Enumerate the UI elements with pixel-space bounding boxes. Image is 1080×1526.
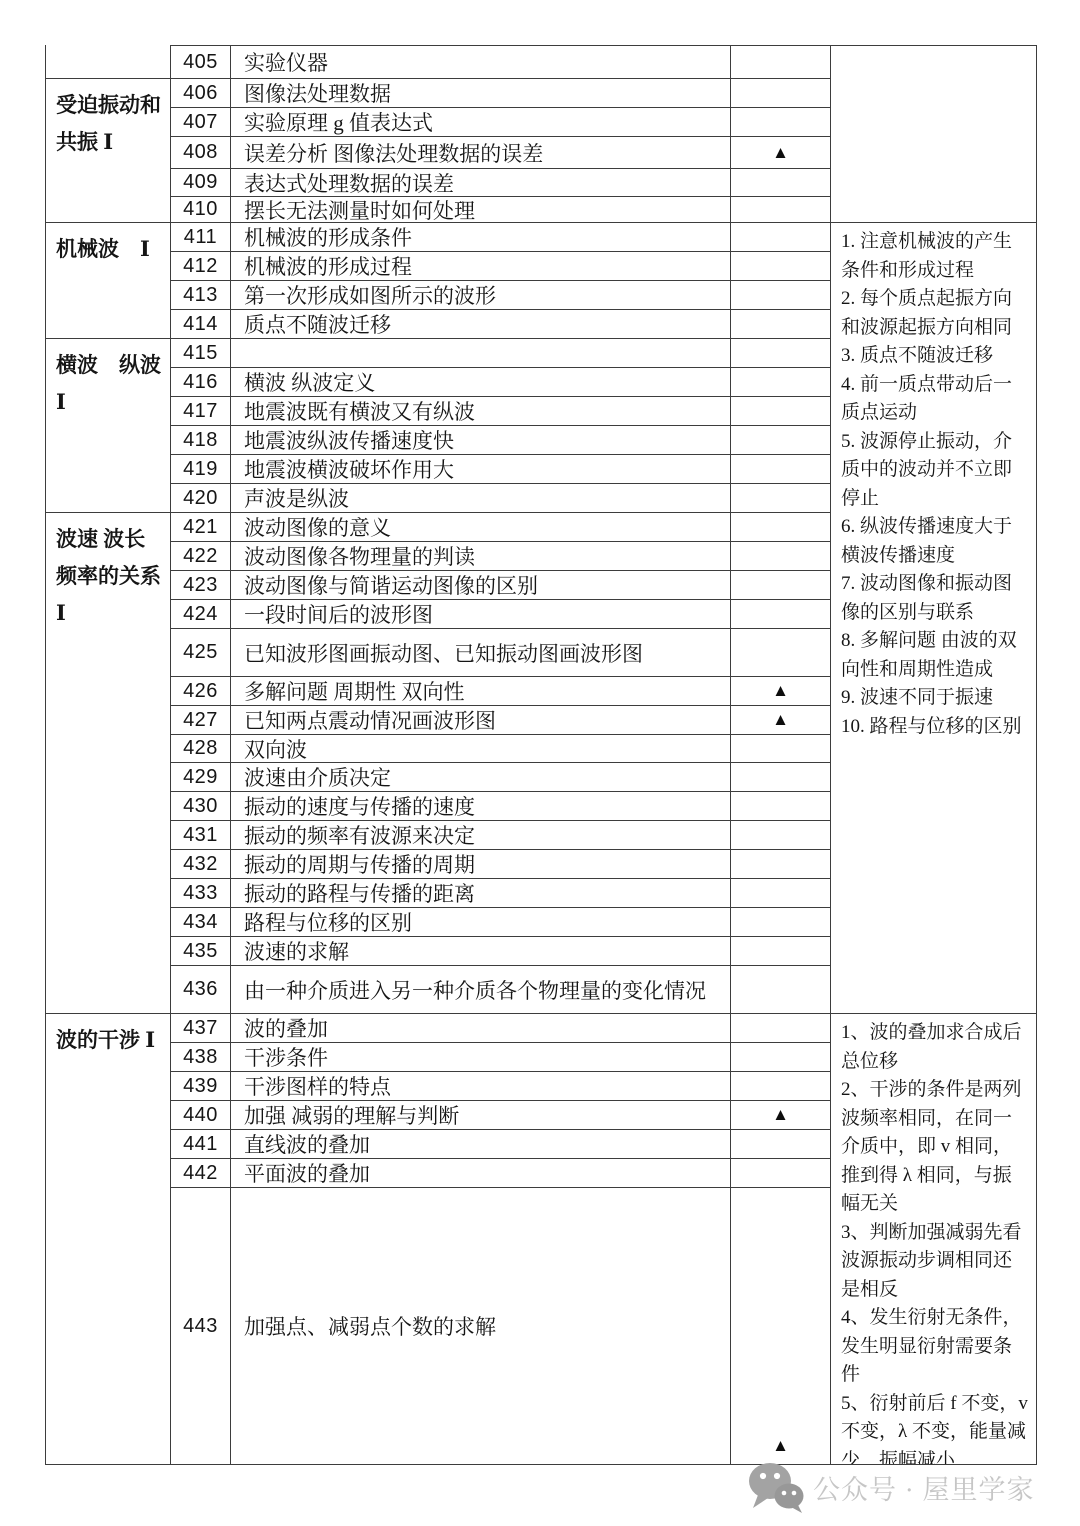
row-number: 419 bbox=[171, 454, 231, 483]
topic-text: 波动图像各物理量的判读 bbox=[231, 541, 731, 570]
flag-cell bbox=[731, 878, 831, 907]
category-cell: 横波 纵波Ⅰ bbox=[46, 338, 171, 512]
topic-text: 干涉条件 bbox=[231, 1042, 731, 1071]
category-label-line: Ⅰ bbox=[56, 595, 166, 632]
note-item: 5、衍射前后 f 不变，v 不变，λ 不变，能量减少，振幅减小 bbox=[841, 1390, 1030, 1465]
topic-text: 波动图像与简谐运动图像的区别 bbox=[231, 570, 731, 599]
row-number: 406 bbox=[171, 78, 231, 107]
flag-cell bbox=[731, 45, 831, 78]
topic-text: 波动图像的意义 bbox=[231, 512, 731, 541]
flag-cell bbox=[731, 309, 831, 338]
topic-text: 路程与位移的区别 bbox=[231, 907, 731, 936]
flag-cell bbox=[731, 1129, 831, 1158]
category-label-line: Ⅰ bbox=[56, 384, 166, 421]
topic-text: 波的叠加 bbox=[231, 1013, 731, 1042]
category-label-line: 波的干涉 Ⅰ bbox=[56, 1022, 166, 1059]
row-number: 408 bbox=[171, 136, 231, 168]
triangle-marker: ▲ bbox=[731, 705, 831, 734]
category-label-line: 波速 波长 bbox=[56, 521, 166, 558]
row-number: 423 bbox=[171, 570, 231, 599]
topic-text: 多解问题 周期性 双向性 bbox=[231, 676, 731, 705]
watermark: 公众号 · 屋里学家 bbox=[748, 1461, 1035, 1513]
notes-cell bbox=[831, 45, 1037, 222]
flag-cell bbox=[731, 338, 831, 367]
row-number: 428 bbox=[171, 734, 231, 762]
row-number: 407 bbox=[171, 107, 231, 136]
row-number: 430 bbox=[171, 791, 231, 820]
topic-text: 地震波既有横波又有纵波 bbox=[231, 396, 731, 425]
note-item: 10. 路程与位移的区别 bbox=[841, 713, 1030, 742]
flag-cell bbox=[731, 936, 831, 965]
row-number: 436 bbox=[171, 965, 231, 1013]
flag-cell bbox=[731, 512, 831, 541]
flag-cell bbox=[731, 107, 831, 136]
topic-text: 振动的周期与传播的周期 bbox=[231, 849, 731, 878]
flag-cell bbox=[731, 820, 831, 849]
flag-cell bbox=[731, 454, 831, 483]
topic-text: 图像法处理数据 bbox=[231, 78, 731, 107]
flag-cell bbox=[731, 280, 831, 309]
topic-text: 振动的频率有波源来决定 bbox=[231, 820, 731, 849]
flag-cell bbox=[731, 628, 831, 676]
category-cell: 受迫振动和共振 Ⅰ bbox=[46, 78, 171, 222]
flag-cell bbox=[731, 541, 831, 570]
row-number: 432 bbox=[171, 849, 231, 878]
topic-text: 加强 减弱的理解与判断 bbox=[231, 1100, 731, 1129]
topic-text: 振动的速度与传播的速度 bbox=[231, 791, 731, 820]
flag-cell bbox=[731, 1013, 831, 1042]
note-item: 1、波的叠加求合成后总位移 bbox=[841, 1019, 1030, 1076]
topic-text: 表达式处理数据的误差 bbox=[231, 168, 731, 196]
flag-cell bbox=[731, 483, 831, 512]
topic-text: 干涉图样的特点 bbox=[231, 1071, 731, 1100]
flag-cell bbox=[731, 222, 831, 251]
topic-text: 实验仪器 bbox=[231, 45, 731, 78]
topic-text: 由一种介质进入另一种介质各个物理量的变化情况 bbox=[231, 965, 731, 1013]
topic-text: 平面波的叠加 bbox=[231, 1158, 731, 1187]
topic-text: 一段时间后的波形图 bbox=[231, 599, 731, 628]
note-item: 4. 前一质点带动后一质点运动 bbox=[841, 371, 1030, 428]
note-item: 6. 纵波传播速度大于横波传播速度 bbox=[841, 513, 1030, 570]
notes-cell: 1. 注意机械波的产生条件和形成过程2. 每个质点起振方向和波源起振方向相同3.… bbox=[831, 222, 1037, 1013]
notes-cell: 1、波的叠加求合成后总位移2、干涉的条件是两列波频率相同，在同一介质中，即 v … bbox=[831, 1013, 1037, 1464]
category-cell: 机械波 Ⅰ bbox=[46, 222, 171, 338]
flag-cell bbox=[731, 734, 831, 762]
row-number: 438 bbox=[171, 1042, 231, 1071]
topic-text: 机械波的形成过程 bbox=[231, 251, 731, 280]
flag-cell bbox=[731, 1042, 831, 1071]
flag-cell bbox=[731, 1071, 831, 1100]
row-number: 418 bbox=[171, 425, 231, 454]
row-number: 429 bbox=[171, 762, 231, 791]
flag-cell bbox=[731, 849, 831, 878]
topic-text: 已知波形图画振动图、已知振动图画波形图 bbox=[231, 628, 731, 676]
topic-text bbox=[231, 338, 731, 367]
row-number: 409 bbox=[171, 168, 231, 196]
topic-text: 波速由介质决定 bbox=[231, 762, 731, 791]
triangle-marker: ▲ bbox=[731, 1100, 831, 1129]
note-item: 7. 波动图像和振动图像的区别与联系 bbox=[841, 570, 1030, 627]
topic-text: 误差分析 图像法处理数据的误差 bbox=[231, 136, 731, 168]
row-number: 427 bbox=[171, 705, 231, 734]
category-label-line: 共振 Ⅰ bbox=[56, 124, 166, 161]
flag-cell bbox=[731, 425, 831, 454]
topic-text: 机械波的形成条件 bbox=[231, 222, 731, 251]
topic-text: 横波 纵波定义 bbox=[231, 367, 731, 396]
flag-cell bbox=[731, 907, 831, 936]
note-item: 8. 多解问题 由波的双向性和周期性造成 bbox=[841, 627, 1030, 684]
note-item: 9. 波速不同于振速 bbox=[841, 684, 1030, 713]
row-number: 405 bbox=[171, 45, 231, 78]
row-number: 414 bbox=[171, 309, 231, 338]
note-item: 3. 质点不随波迁移 bbox=[841, 342, 1030, 371]
flag-cell bbox=[731, 367, 831, 396]
row-number: 413 bbox=[171, 280, 231, 309]
topic-text: 双向波 bbox=[231, 734, 731, 762]
topic-text: 已知两点震动情况画波形图 bbox=[231, 705, 731, 734]
triangle-marker: ▲ bbox=[731, 1187, 831, 1464]
note-item: 2、干涉的条件是两列波频率相同，在同一介质中，即 v 相同，推到得 λ 相同，与… bbox=[841, 1076, 1030, 1219]
row-number: 437 bbox=[171, 1013, 231, 1042]
row-number: 425 bbox=[171, 628, 231, 676]
topic-text: 地震波纵波传播速度快 bbox=[231, 425, 731, 454]
topic-text: 摆长无法测量时如何处理 bbox=[231, 196, 731, 222]
row-number: 412 bbox=[171, 251, 231, 280]
row-number: 416 bbox=[171, 367, 231, 396]
topic-text: 声波是纵波 bbox=[231, 483, 731, 512]
topics-table: 受迫振动和共振 Ⅰ机械波 Ⅰ横波 纵波Ⅰ波速 波长频率的关系Ⅰ波的干涉 Ⅰ405… bbox=[45, 45, 1037, 1465]
category-cell bbox=[46, 45, 171, 78]
flag-cell bbox=[731, 396, 831, 425]
note-item: 3、判断加强减弱先看波源振动步调相同还是相反 bbox=[841, 1219, 1030, 1305]
topic-text: 波速的求解 bbox=[231, 936, 731, 965]
topic-text: 直线波的叠加 bbox=[231, 1129, 731, 1158]
topic-text: 加强点、减弱点个数的求解 bbox=[231, 1187, 731, 1464]
triangle-marker: ▲ bbox=[731, 136, 831, 168]
row-number: 433 bbox=[171, 878, 231, 907]
flag-cell bbox=[731, 196, 831, 222]
wechat-icon bbox=[748, 1461, 804, 1513]
triangle-marker: ▲ bbox=[731, 676, 831, 705]
watermark-text: 公众号 · 屋里学家 bbox=[813, 1468, 1035, 1507]
topic-text: 第一次形成如图所示的波形 bbox=[231, 280, 731, 309]
note-item: 5. 波源停止振动，介质中的波动并不立即停止 bbox=[841, 428, 1030, 514]
row-number: 422 bbox=[171, 541, 231, 570]
row-number: 442 bbox=[171, 1158, 231, 1187]
row-number: 421 bbox=[171, 512, 231, 541]
category-label-line: 机械波 Ⅰ bbox=[56, 231, 166, 268]
flag-cell bbox=[731, 78, 831, 107]
flag-cell bbox=[731, 570, 831, 599]
flag-cell bbox=[731, 1158, 831, 1187]
category-label-line: 频率的关系 bbox=[56, 558, 166, 595]
row-number: 417 bbox=[171, 396, 231, 425]
flag-cell bbox=[731, 791, 831, 820]
note-item: 2. 每个质点起振方向和波源起振方向相同 bbox=[841, 285, 1030, 342]
row-number: 426 bbox=[171, 676, 231, 705]
row-number: 411 bbox=[171, 222, 231, 251]
topic-text: 质点不随波迁移 bbox=[231, 309, 731, 338]
row-number: 410 bbox=[171, 196, 231, 222]
flag-cell bbox=[731, 168, 831, 196]
topic-text: 振动的路程与传播的距离 bbox=[231, 878, 731, 907]
flag-cell bbox=[731, 599, 831, 628]
flag-cell bbox=[731, 762, 831, 791]
category-cell: 波的干涉 Ⅰ bbox=[46, 1013, 171, 1464]
row-number: 424 bbox=[171, 599, 231, 628]
topic-text: 地震波横波破坏作用大 bbox=[231, 454, 731, 483]
row-number: 415 bbox=[171, 338, 231, 367]
flag-cell bbox=[731, 251, 831, 280]
category-label-line: 横波 纵波 bbox=[56, 347, 166, 384]
row-number: 431 bbox=[171, 820, 231, 849]
topic-text: 实验原理 g 值表达式 bbox=[231, 107, 731, 136]
row-number: 441 bbox=[171, 1129, 231, 1158]
note-item: 4、发生衍射无条件，发生明显衍射需要条件 bbox=[841, 1304, 1030, 1390]
category-label-line: 受迫振动和 bbox=[56, 87, 166, 124]
row-number: 439 bbox=[171, 1071, 231, 1100]
row-number: 434 bbox=[171, 907, 231, 936]
flag-cell bbox=[731, 965, 831, 1013]
row-number: 443 bbox=[171, 1187, 231, 1464]
row-number: 420 bbox=[171, 483, 231, 512]
row-number: 440 bbox=[171, 1100, 231, 1129]
category-cell: 波速 波长频率的关系Ⅰ bbox=[46, 512, 171, 1013]
row-number: 435 bbox=[171, 936, 231, 965]
note-item: 1. 注意机械波的产生条件和形成过程 bbox=[841, 228, 1030, 285]
